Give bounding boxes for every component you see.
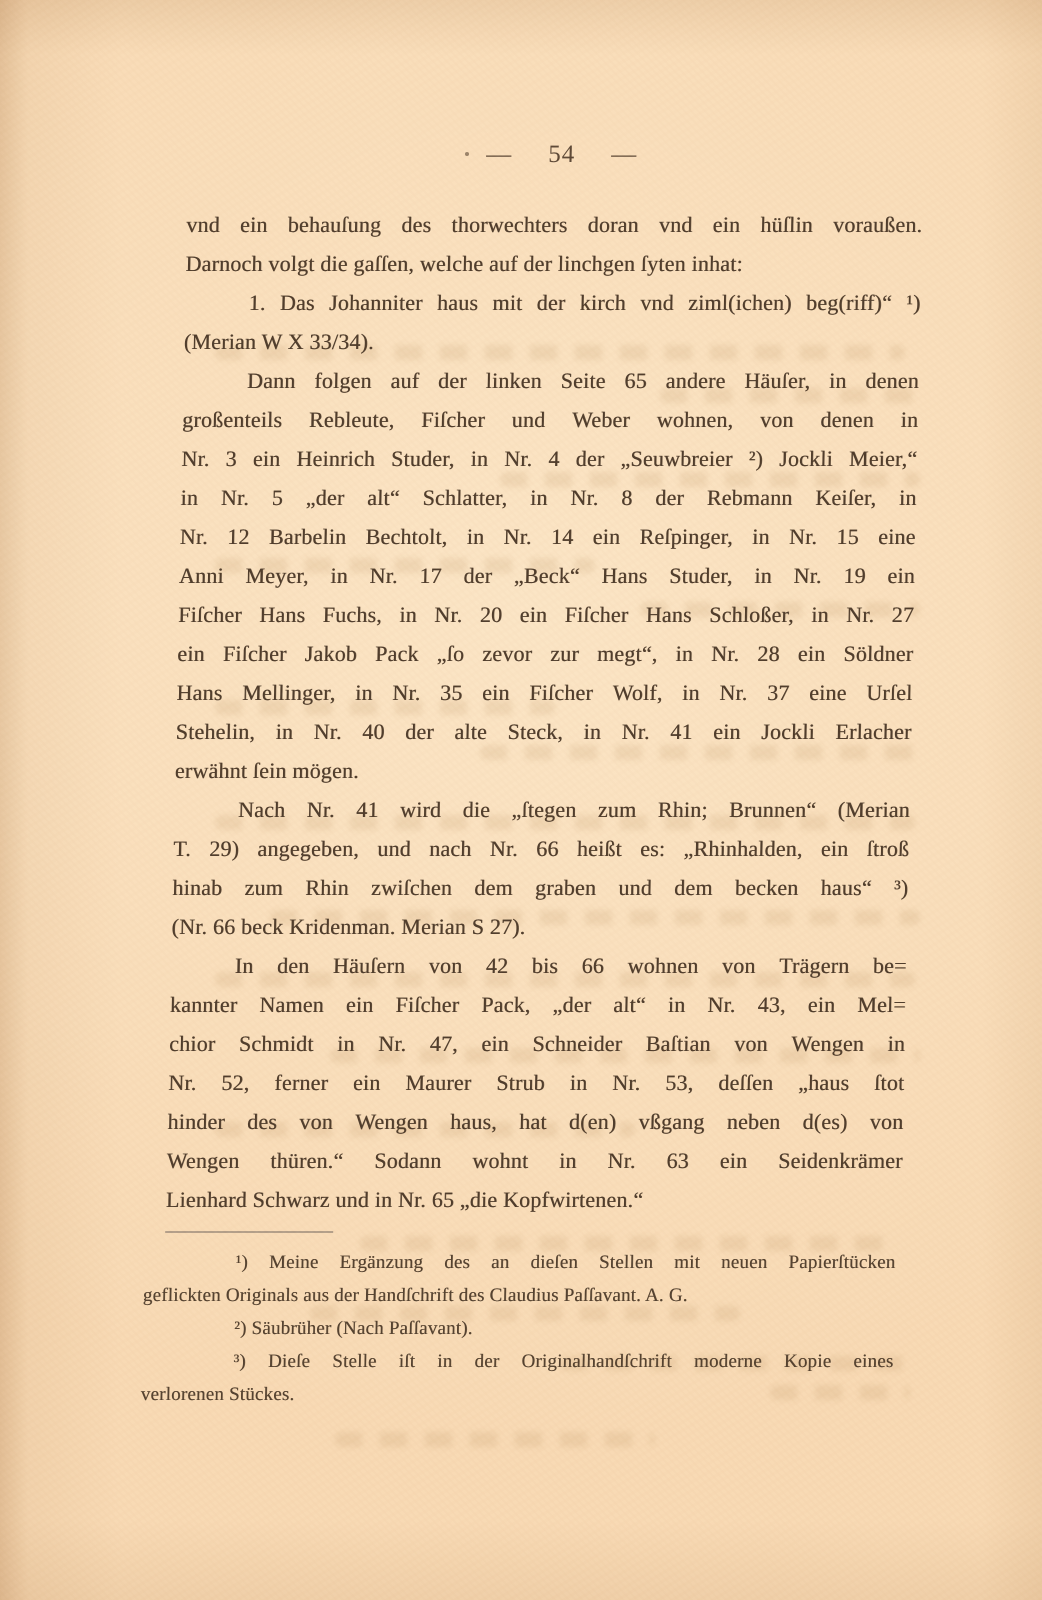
- footnote-line: ¹)MeineErgänzungdesandieſenStellenmitneu…: [143, 1246, 896, 1279]
- text-line: Nr.52,fernereinMaurerStrubinNr.53,deſſen…: [168, 1063, 905, 1102]
- main-text: vndeinbehauſungdesthorwechtersdoranvndei…: [165, 205, 922, 1219]
- text-line: chiorSchmidtinNr.47,einSchneiderBaſtianv…: [169, 1024, 906, 1063]
- footnote-separator: [165, 1231, 333, 1233]
- text-line: FiſcherHansFuchs,inNr.20einFiſcherHansSc…: [178, 595, 915, 634]
- text-line: NachNr.41wirddie„ſtegenzumRhin;Brunnen“(…: [174, 790, 911, 829]
- text-line: großenteilsRebleute,FiſcherundWeberwohne…: [182, 400, 919, 439]
- text-line: Stehelin,inNr.40deralteSteck,inNr.41einJ…: [175, 712, 912, 751]
- text-line: vndeinbehauſungdesthorwechtersdoranvndei…: [186, 205, 923, 244]
- footnote-line: verlorenen Stückes.: [140, 1378, 893, 1411]
- text-line: inNr.5„deralt“Schlatter,inNr.8derRebmann…: [180, 478, 917, 517]
- header-dash-right: —: [611, 141, 638, 169]
- text-line: hinabzumRhinzwiſchendemgrabenunddembecke…: [172, 868, 909, 907]
- text-line: einFiſcherJakobPack„ſozevorzurmegt“,inNr…: [177, 634, 914, 673]
- footnote-line: ³)DieſeStelleiſtinderOriginalhandſchrift…: [141, 1345, 894, 1378]
- footnote-line: ²) Säubrüher (Nach Paſſavant).: [142, 1312, 895, 1345]
- book-page: — 54 — vndeinbehauſungdesthorwechtersdor…: [0, 0, 1042, 1600]
- header-dash-left: —: [486, 141, 513, 169]
- text-line: (Merian W X 33/34).: [183, 322, 920, 361]
- text-line: IndenHäuſernvon42bis66wohnenvonTrägernbe…: [170, 946, 907, 985]
- text-line: Nr.12BarbelinBechtolt,inNr.14einReſpinge…: [179, 517, 916, 556]
- text-line: AnniMeyer,inNr.17der„Beck“HansStuder,inN…: [179, 556, 916, 595]
- text-line: (Nr. 66 beck Kridenman. Merian S 27).: [171, 907, 908, 946]
- page-number: 54: [548, 141, 576, 169]
- text-line: 1.DasJohanniterhausmitderkirchvndziml(ic…: [184, 283, 921, 322]
- text-line: Darnoch volgt die gaſſen, welche auf der…: [185, 244, 922, 283]
- text-block-wrapper: — 54 — vndeinbehauſungdesthorwechtersdor…: [0, 0, 1042, 1600]
- page-header: — 54 —: [416, 141, 707, 169]
- text-line: T.29)angegeben,undnachNr.66heißtes:„Rhin…: [173, 829, 910, 868]
- text-line: Lienhard Schwarz und in Nr. 65 „die Kopf…: [165, 1180, 902, 1219]
- footnote-line: geflickten Originals aus der Handſchrift…: [143, 1279, 896, 1312]
- text-line: Wengenthüren.“SodannwohntinNr.63einSeide…: [166, 1141, 903, 1180]
- text-line: hinderdesvonWengenhaus,hatd(en)vßgangneb…: [167, 1102, 904, 1141]
- text-line: kannterNameneinFiſcherPack,„deralt“inNr.…: [170, 985, 907, 1024]
- text-line: Nr.3einHeinrichStuder,inNr.4der„Seuwbrei…: [181, 439, 918, 478]
- footnotes: ¹)MeineErgänzungdesandieſenStellenmitneu…: [140, 1246, 895, 1411]
- text-line: DannfolgenaufderlinkenSeite65andereHäuſe…: [183, 361, 920, 400]
- text-line: HansMellinger,inNr.35einFiſcherWolf,inNr…: [176, 673, 913, 712]
- text-line: erwähnt ſein mögen.: [174, 751, 911, 790]
